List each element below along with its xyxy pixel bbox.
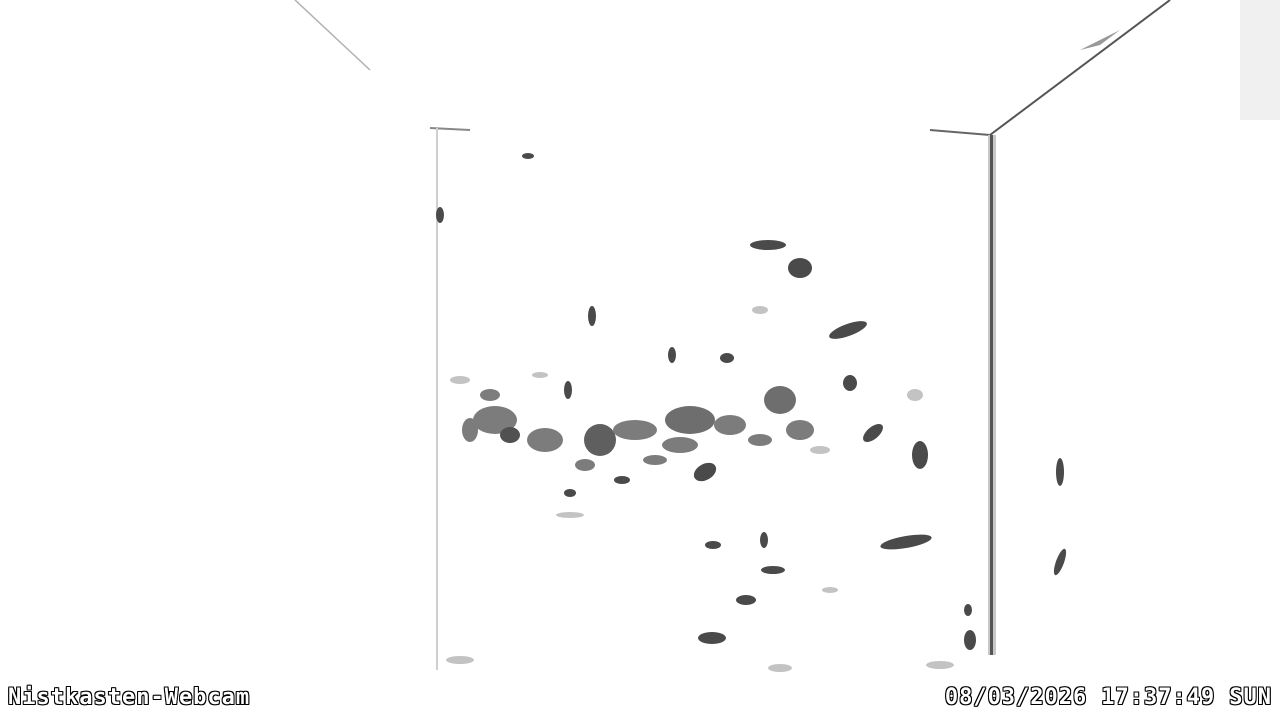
timestamp-overlay: 08/03/2026 17:37:49 SUN (945, 686, 1272, 710)
ceiling-edge-left (295, 0, 370, 70)
nest-box-image (0, 0, 1280, 720)
nest-cluster (462, 386, 814, 471)
weekday-label: SUN (1229, 686, 1272, 710)
camera-name-overlay: Nistkasten-Webcam (8, 686, 250, 710)
nesting-material (436, 153, 1069, 650)
webcam-feed (0, 0, 1280, 720)
time-label: 17:37:49 (1101, 686, 1215, 710)
fine-debris (446, 306, 954, 672)
ceiling-edge-right (990, 0, 1170, 135)
date-label: 08/03/2026 (945, 686, 1087, 710)
